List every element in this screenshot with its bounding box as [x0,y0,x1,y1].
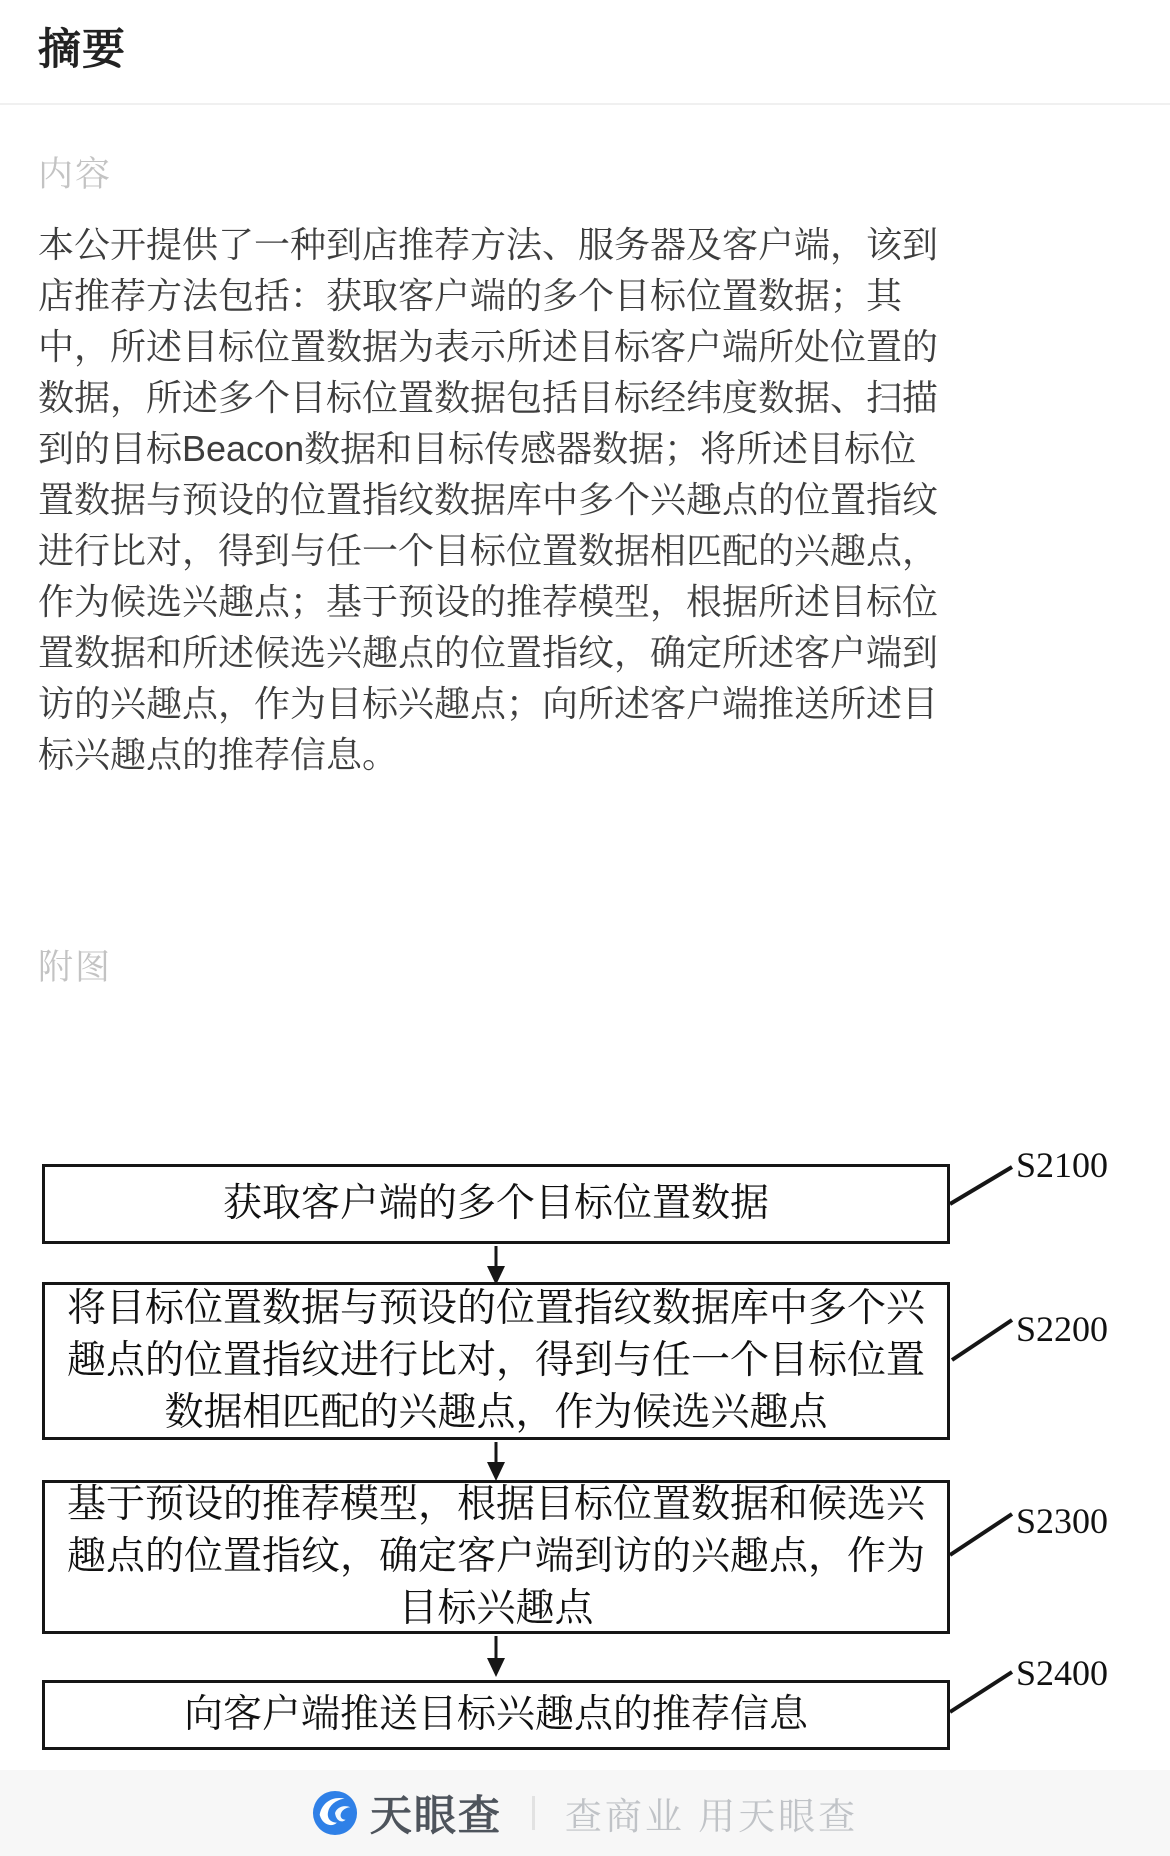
header-divider [0,103,1170,105]
abstract-paragraph: 本公开提供了一种到店推荐方法、服务器及客户端，该到店推荐方法包括：获取客户端的多… [38,219,941,780]
footer-separator [532,1796,535,1830]
figure-section-label: 附图 [38,940,1170,990]
flow-step-4-label: S2400 [1016,1652,1108,1694]
page-title: 摘要 [38,16,1170,77]
flow-step-1-label: S2100 [1016,1144,1108,1186]
footer-watermark-bar: 天眼查 查商业 用天眼查 [0,1770,1170,1856]
content-section-label: 内容 [38,147,1170,197]
patent-flowchart-figure: 获取客户端的多个目标位置数据 将目标位置数据与预设的位置指纹数据库中多个兴 趣点… [0,1122,1170,1822]
flow-step-4-box: 向客户端推送目标兴趣点的推荐信息 [42,1680,950,1750]
footer-brand-text: 天眼查 [370,1783,502,1843]
tianyancha-logo-icon [312,1790,358,1836]
flow-step-2-box: 将目标位置数据与预设的位置指纹数据库中多个兴 趣点的位置指纹进行比对，得到与任一… [42,1282,950,1440]
flow-step-3-label: S2300 [1016,1500,1108,1542]
flow-step-2-label: S2200 [1016,1308,1108,1350]
flow-step-1-box: 获取客户端的多个目标位置数据 [42,1164,950,1244]
flow-step-3-box: 基于预设的推荐模型，根据目标位置数据和候选兴 趣点的位置指纹，确定客户端到访的兴… [42,1480,950,1634]
footer-slogan-text: 查商业 用天眼查 [565,1786,858,1840]
